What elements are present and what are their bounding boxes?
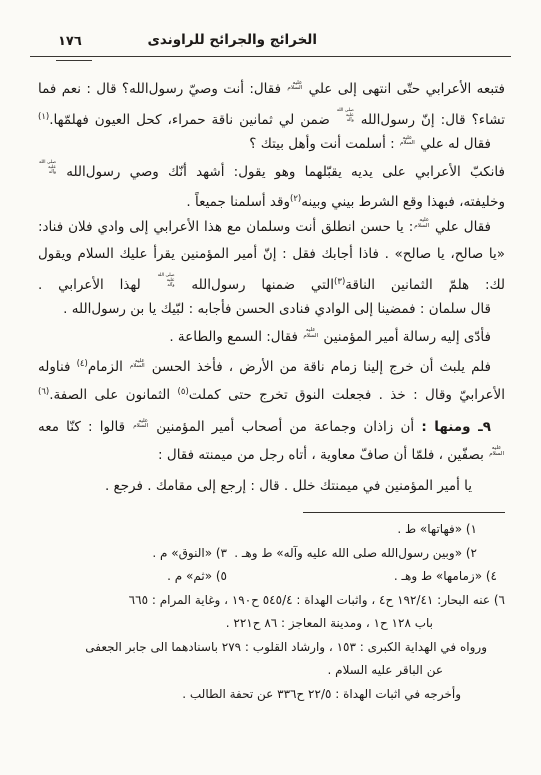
text-run: الزمام (88, 359, 129, 375)
footnote-ref: (٣) (334, 277, 345, 287)
page-number-rule (56, 60, 92, 61)
text-run: عن الباقر عليه السلام . (328, 663, 443, 677)
text-run: قالوا : كنّا معه (38, 419, 132, 435)
footnote-line: عن الباقر عليه السلام . (36, 659, 505, 683)
text-run: : أسلمت أنت وأهل بيتك ؟ (249, 136, 399, 152)
footnote-ref: (٤) (77, 359, 88, 369)
body-line: «يا صالح، يا صالح» . فاذا أجابك فقل : إن… (38, 241, 505, 269)
alayhis-salam-ligature: عليهالسلام (414, 218, 429, 229)
footnote-list: ١) «فهاتها» ط .٢) «وبين رسول‌الله صلى ال… (36, 518, 505, 706)
body-line: فلم يلبث أن خرج إلينا زمام ناقة من الأرض… (38, 351, 505, 379)
footnote-line: ٢) «وبين رسول‌الله صلى الله عليه وآله» ط… (36, 542, 505, 566)
text-run: فقال له علي (416, 136, 491, 152)
text-run: فقال: أنت وصيّ رسول‌الله؟ قال : نعم فما (38, 81, 286, 97)
footnote-line: ورواه في الهداية الكبرى : ١٥٣ ، وارشاد ا… (36, 636, 505, 660)
text-run: لهذا الأعرابي . (38, 277, 157, 293)
body-line: لك: هلمّ الثمانين الناقة(٣)التي ضمنها رس… (38, 269, 505, 297)
footnote-line: ٤) «زمامها» ط وهـ .٥) «ثم» م . (36, 565, 505, 589)
sallallahu-alayhi-ligature: صلى اللهعليهوآله (158, 274, 175, 288)
alayhis-salam-ligature: عليهالسلام (303, 328, 318, 339)
text-run: فقال: السمع والطاعة . (169, 329, 302, 345)
text-run: بصفّين ، فلمّا أن صافّ معاوية ، أتاه رجل… (158, 447, 488, 463)
body-line: قال سلمان : فمضينا إلى الوادي فنادى الحس… (38, 296, 505, 324)
text-run: فتبعه الأعرابي حتّى انتهى إلى علي (303, 81, 505, 97)
alayhis-salam-ligature: عليهالسلام (287, 81, 302, 92)
body-line: تشاء؟ قال: إنّ رسول‌الله صلى اللهعليهوآل… (38, 104, 505, 132)
ligature-row: السلام (414, 224, 429, 230)
footnote-line: وأخرجه في اثبات الهداة : ٢٢/٥ ح٣٣٦ عن تح… (36, 683, 505, 707)
text-run: : يا حسن انطلق أنت وسلمان مع هذا الأعراب… (38, 219, 413, 235)
text-run: أن زاذان وجماعة من أصحاب أمير المؤمنين (149, 419, 421, 435)
text-run: تشاء؟ قال: إنّ رسول‌الله (355, 112, 505, 128)
ligature-row: وآله (337, 119, 354, 124)
body-line: وخليفته، فبهذا وقع الشرط بيني وبينه(٢)وق… (38, 186, 505, 214)
text-run: ٢) «وبين رسول‌الله صلى الله عليه وآله» ط… (234, 546, 477, 560)
alayhis-salam-ligature: عليهالسلام (489, 446, 504, 457)
body-line: فانكبّ الأعرابي على يديه يقبّلهما وهو يق… (38, 159, 505, 187)
body-line: فقال علي عليهالسلام: يا حسن انطلق أنت وس… (38, 214, 505, 242)
text-run: وأخرجه في اثبات الهداة : ٢٢/٥ ح٣٣٦ عن تح… (182, 687, 461, 701)
footnote-ref: (٥) (178, 387, 189, 397)
bold-text: ٩ـ ومنها : (421, 419, 491, 435)
text-run: يا أمير المؤمنين في ميمنتك خلل . قال : إ… (105, 478, 472, 494)
footnote-ref: (١) (38, 112, 49, 122)
body-text: فتبعه الأعرابي حتّى انتهى إلى علي عليهال… (38, 76, 505, 501)
footnote-divider (303, 512, 505, 513)
text-run: الثمانون على الصفة. (49, 387, 177, 403)
sallallahu-alayhi-ligature: صلى اللهعليهوآله (39, 161, 56, 175)
header-rule (30, 56, 511, 57)
text-run: ورواه في الهداية الكبرى : ١٥٣ ، وارشاد ا… (85, 640, 487, 654)
text-run: الأعرابيّ وقال : خذ . فجعلت النوق تخرج ح… (189, 387, 505, 403)
text-run: قال سلمان : فمضينا إلى الوادي فنادى الحس… (63, 301, 491, 317)
ligature-row: السلام (489, 452, 504, 458)
body-line: فأدّى إليه رسالة أمير المؤمنين عليهالسلا… (38, 324, 505, 352)
text-run: لك: هلمّ الثمانين الناقة (345, 277, 505, 293)
text-run: باب ١٢٨ ح١ ، ومدينة المعاجز : ٨٦ ح٢٢١ . (226, 616, 433, 630)
ligature-row: وآله (158, 284, 175, 289)
body-line: الأعرابيّ وقال : خذ . فجعلت النوق تخرج ح… (38, 379, 505, 407)
page-number: ١٧٦ (58, 34, 82, 49)
text-run: ٦) عنه البحار: ١٩٢/٤١ ح٤ ، واثبات الهداة… (129, 593, 505, 607)
sallallahu-alayhi-ligature: صلى اللهعليهوآله (337, 109, 354, 123)
book-page: الخرائج والجرائح للراوندى ١٧٦ فتبعه الأع… (0, 0, 541, 775)
book-title: الخرائج والجرائح للراوندى (147, 32, 317, 48)
footnote-line: ٦) عنه البحار: ١٩٢/٤١ ح٤ ، واثبات الهداة… (36, 589, 505, 613)
footnote-line: ١) «فهاتها» ط . (36, 518, 505, 542)
alayhis-salam-ligature: عليهالسلام (400, 136, 415, 147)
alayhis-salam-ligature: عليهالسلام (130, 359, 145, 370)
text-run: ضمن لي ثمانين ناقة حمراء، كحل العيون فهل… (49, 112, 336, 128)
ligature-row: السلام (130, 364, 145, 370)
ligature-row: السلام (287, 86, 302, 92)
ligature-row: السلام (400, 141, 415, 147)
text-run: فانكبّ الأعرابي على يديه يقبّلهما وهو يق… (57, 164, 505, 180)
text-run: فناوله (38, 359, 77, 375)
footnote-line-secondary: ٣) «النوق» م . (152, 542, 227, 566)
ligature-row: وآله (39, 171, 56, 176)
footnote-line: باب ١٢٨ ح١ ، ومدينة المعاجز : ٨٦ ح٢٢١ . (36, 612, 505, 636)
text-run: فأدّى إليه رسالة أمير المؤمنين (319, 329, 491, 345)
footnote-ref: (٢) (290, 194, 301, 204)
text-run: فقال علي (430, 219, 491, 235)
text-run: ١) «فهاتها» ط . (397, 522, 477, 536)
text-run: ٤) «زمامها» ط وهـ . (394, 569, 497, 583)
text-run: وخليفته، فبهذا وقع الشرط بيني وبينه (301, 194, 505, 210)
body-line: فقال له علي عليهالسلام : أسلمت أنت وأهل … (38, 131, 505, 159)
text-run: فلم يلبث أن خرج إلينا زمام ناقة من الأرض… (146, 359, 491, 375)
text-run: وقد أسلمنا جميعاً . (186, 194, 290, 210)
body-line: ٩ـ ومنها : أن زاذان وجماعة من أصحاب أمير… (38, 414, 505, 442)
alayhis-salam-ligature: عليهالسلام (133, 419, 148, 430)
body-line: يا أمير المؤمنين في ميمنتك خلل . قال : إ… (38, 473, 505, 501)
ligature-row: السلام (133, 424, 148, 430)
footnote-ref: (٦) (38, 387, 49, 397)
footnote-line-secondary: ٥) «ثم» م . (167, 565, 227, 589)
body-line: عليهالسلام بصفّين ، فلمّا أن صافّ معاوية… (38, 442, 505, 470)
body-line: فتبعه الأعرابي حتّى انتهى إلى علي عليهال… (38, 76, 505, 104)
ligature-row: السلام (303, 334, 318, 340)
footnotes-section: ١) «فهاتها» ط .٢) «وبين رسول‌الله صلى ال… (36, 512, 505, 706)
text-run: «يا صالح، يا صالح» . فاذا أجابك فقل : إن… (38, 246, 505, 262)
text-run: التي ضمنها رسول‌الله (176, 277, 334, 293)
